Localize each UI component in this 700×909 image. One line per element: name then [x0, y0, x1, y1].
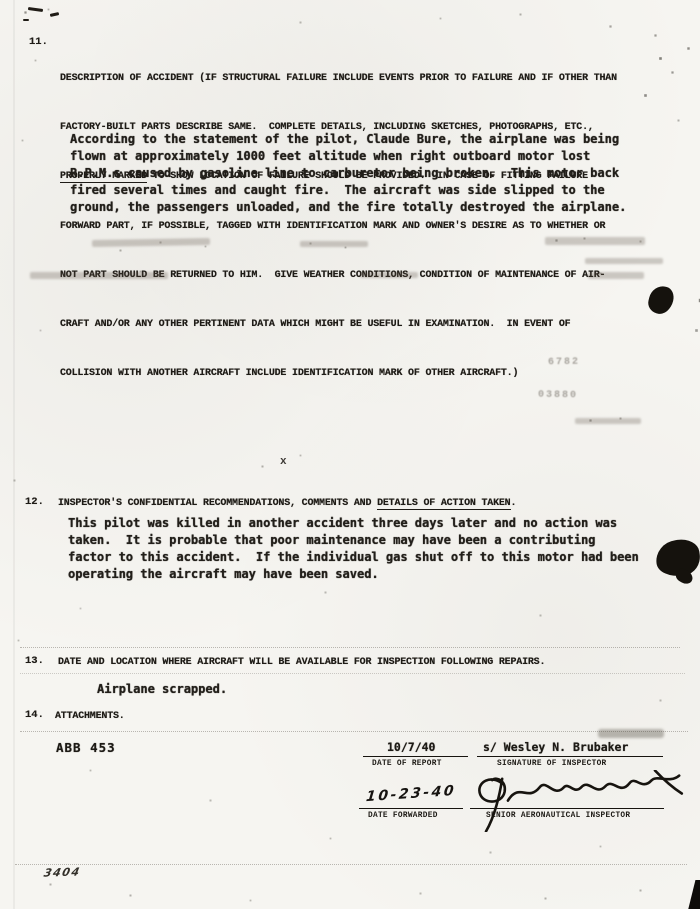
- date-forwarded-handwritten: 10-23-40: [365, 783, 457, 805]
- inspector-signature-label: SIGNATURE OF INSPECTOR: [497, 760, 607, 769]
- ghost-rule: [20, 731, 688, 732]
- item-14-number: 14.: [25, 709, 44, 721]
- item-12-heading: INSPECTOR'S CONFIDENTIAL RECOMMENDATIONS…: [58, 497, 516, 510]
- item-12-number: 12.: [25, 496, 44, 508]
- ghost-digits: 6782: [548, 357, 580, 369]
- heading-line: COLLISION WITH ANOTHER AIRCRAFT INCLUDE …: [60, 367, 617, 380]
- item-14-heading: ATTACHMENTS.: [55, 710, 125, 723]
- ghost-digits: 03880: [538, 390, 578, 402]
- item-13-typed-answer: Airplane scrapped.: [97, 681, 227, 698]
- bleed-through-smudge: [360, 272, 418, 278]
- top-left-ink-dash: [50, 12, 59, 17]
- handwritten-page-number: 3404: [43, 865, 82, 879]
- answer-line: flown at approximately 1000 feet altitud…: [70, 148, 626, 165]
- heading-line: CRAFT AND/OR ANY OTHER PERTINENT DATA WH…: [60, 318, 617, 331]
- bleed-through-smudge: [588, 272, 644, 279]
- answer-line: According to the statement of the pilot,…: [70, 131, 626, 148]
- left-fold-line: [13, 0, 15, 909]
- item-11-number: 11.: [29, 36, 48, 48]
- scan-speckle-noise: [0, 0, 1, 1]
- ghost-rule: [15, 864, 687, 865]
- answer-line: ground, the passengers unloaded, and the…: [70, 199, 626, 216]
- bleed-through-smudge: [575, 418, 641, 424]
- stray-typed-mark: x: [280, 456, 287, 468]
- date-of-report-line: [363, 756, 468, 757]
- signature-smudge: [598, 729, 664, 738]
- item-13-number: 13.: [25, 655, 44, 667]
- date-of-report-label: DATE OF REPORT: [372, 760, 442, 769]
- answer-line: R.P.M.s caused by gasoline line to carbu…: [70, 165, 626, 182]
- senior-inspector-signature-scrawl: [468, 770, 696, 832]
- answer-line: fired several times and caught fire. The…: [70, 182, 626, 199]
- ink-blot: [646, 284, 676, 317]
- heading-line: DESCRIPTION OF ACCIDENT (IF STRUCTURAL F…: [60, 72, 617, 85]
- form-number: ABB 453: [56, 740, 116, 755]
- top-left-ink-dash: [28, 7, 43, 12]
- top-left-ink-dash: [23, 19, 29, 21]
- answer-line: factor to this accident. If the individu…: [68, 549, 639, 566]
- item-13-heading: DATE AND LOCATION WHERE AIRCRAFT WILL BE…: [58, 656, 545, 669]
- date-of-report-value: 10/7/40: [387, 740, 435, 754]
- ghost-rule: [20, 647, 680, 648]
- bleed-through-smudge: [30, 272, 168, 279]
- answer-line: taken. It is probable that poor maintena…: [68, 532, 639, 549]
- corner-shadow-wedge: [687, 880, 700, 909]
- item-12-typed-answer: This pilot was killed in another acciden…: [68, 515, 639, 583]
- date-forwarded-label: DATE FORWARDED: [368, 812, 438, 821]
- heading-line: FORWARD PART, IF POSSIBLE, TAGGED WITH I…: [60, 220, 617, 233]
- bleed-through-smudge: [585, 258, 663, 264]
- item-11-heading: DESCRIPTION OF ACCIDENT (IF STRUCTURAL F…: [60, 36, 617, 416]
- answer-line: This pilot was killed in another acciden…: [68, 515, 639, 532]
- bleed-through-smudge: [545, 237, 645, 245]
- answer-line: operating the aircraft may have been sav…: [68, 566, 639, 583]
- date-forwarded-line: [359, 808, 463, 809]
- inspector-signature-value: s/ Wesley N. Brubaker: [483, 740, 628, 754]
- scanned-accident-report-page: 11. DESCRIPTION OF ACCIDENT (IF STRUCTUR…: [0, 0, 700, 909]
- item-11-typed-answer: According to the statement of the pilot,…: [70, 131, 626, 216]
- inspector-signature-line: [477, 756, 663, 757]
- bleed-through-smudge: [300, 241, 368, 247]
- ghost-rule: [20, 673, 685, 674]
